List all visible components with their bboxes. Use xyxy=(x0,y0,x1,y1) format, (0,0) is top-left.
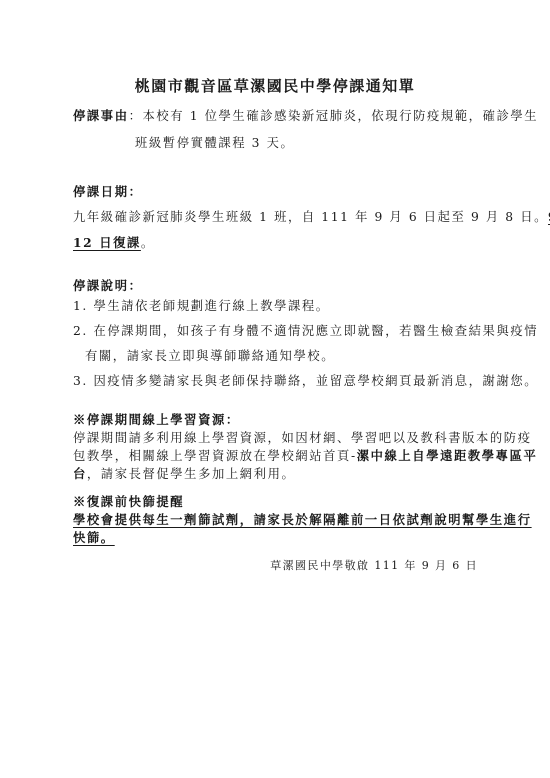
explanation-item-2: 2. 在停課期間，如孩子有身體不適情況應立即就醫，若醫生檢查結果與疫情 xyxy=(73,321,538,339)
reason-line-1: 停課事由：本校有 1 位學生確診感染新冠肺炎，依現行防疫規範，確診學生 xyxy=(73,106,538,124)
dates-line-2: 12 日復課。 xyxy=(73,233,155,251)
resources-text-3: ，請家長督促學生多加上網利用。 xyxy=(87,467,295,481)
resources-line-2: 包教學，相關線上學習資源放在學校網站首頁-漯中線上自學遠距教學專區平 xyxy=(73,446,537,464)
explanation-item-3: 3. 因疫情多變請家長與老師保持聯絡，並留意學校網頁最新消息，謝謝您。 xyxy=(73,371,538,389)
resources-platform-name: 漯中線上自學遠距教學專區平 xyxy=(357,448,538,463)
resources-line-3: 台，請家長督促學生多加上網利用。 xyxy=(73,464,295,482)
resources-text-2: 包教學，相關線上學習資源放在學校網站首頁- xyxy=(73,449,357,463)
rapid-test-heading: ※復課前快篩提醒 xyxy=(73,492,184,510)
dates-line-1: 九年級確診新冠肺炎學生班級 1 班，自 111 年 9 月 6 日起至 9 月 … xyxy=(73,207,550,225)
reason-line-2: 班級暫停實體課程 3 天。 xyxy=(135,133,294,151)
resources-heading: ※停課期間線上學習資源： xyxy=(73,410,240,428)
reason-colon: ： xyxy=(129,109,143,123)
dates-text: 九年級確診新冠肺炎學生班級 1 班，自 111 年 9 月 6 日起至 9 月 … xyxy=(73,210,548,224)
dates-tail: 。 xyxy=(141,236,155,250)
signature-date: 草漯國民中學敬啟 111 年 9 月 6 日 xyxy=(270,557,478,573)
resources-line-1: 停課期間請多利用線上學習資源，如因材網、學習吧以及教科書版本的防疫 xyxy=(73,428,532,446)
resources-platform-name-end: 台 xyxy=(73,466,87,481)
rapid-test-line-2: 快篩。 xyxy=(73,528,115,546)
explanation-heading: 停課說明： xyxy=(73,276,143,294)
dates-heading: 停課日期： xyxy=(73,182,143,200)
rapid-test-line-1: 學校會提供每生一劑篩試劑，請家長於解隔離前一日依試劑說明幫學生進行 xyxy=(73,510,532,528)
reason-label: 停課事由 xyxy=(73,108,129,123)
explanation-item-2-cont: 有關，請家長立即與導師聯絡通知學校。 xyxy=(85,346,335,364)
explanation-item-1: 1. 學生請依老師規劃進行線上教學課程。 xyxy=(73,296,330,314)
document-title: 桃園市觀音區草漯國民中學停課通知單 xyxy=(0,75,550,96)
reason-text-1: 本校有 1 位學生確診感染新冠肺炎，依現行防疫規範，確診學生 xyxy=(143,109,539,123)
resume-date-part-2: 12 日復課 xyxy=(73,235,141,250)
notice-page: 桃園市觀音區草漯國民中學停課通知單 停課事由：本校有 1 位學生確診感染新冠肺炎… xyxy=(0,0,550,778)
